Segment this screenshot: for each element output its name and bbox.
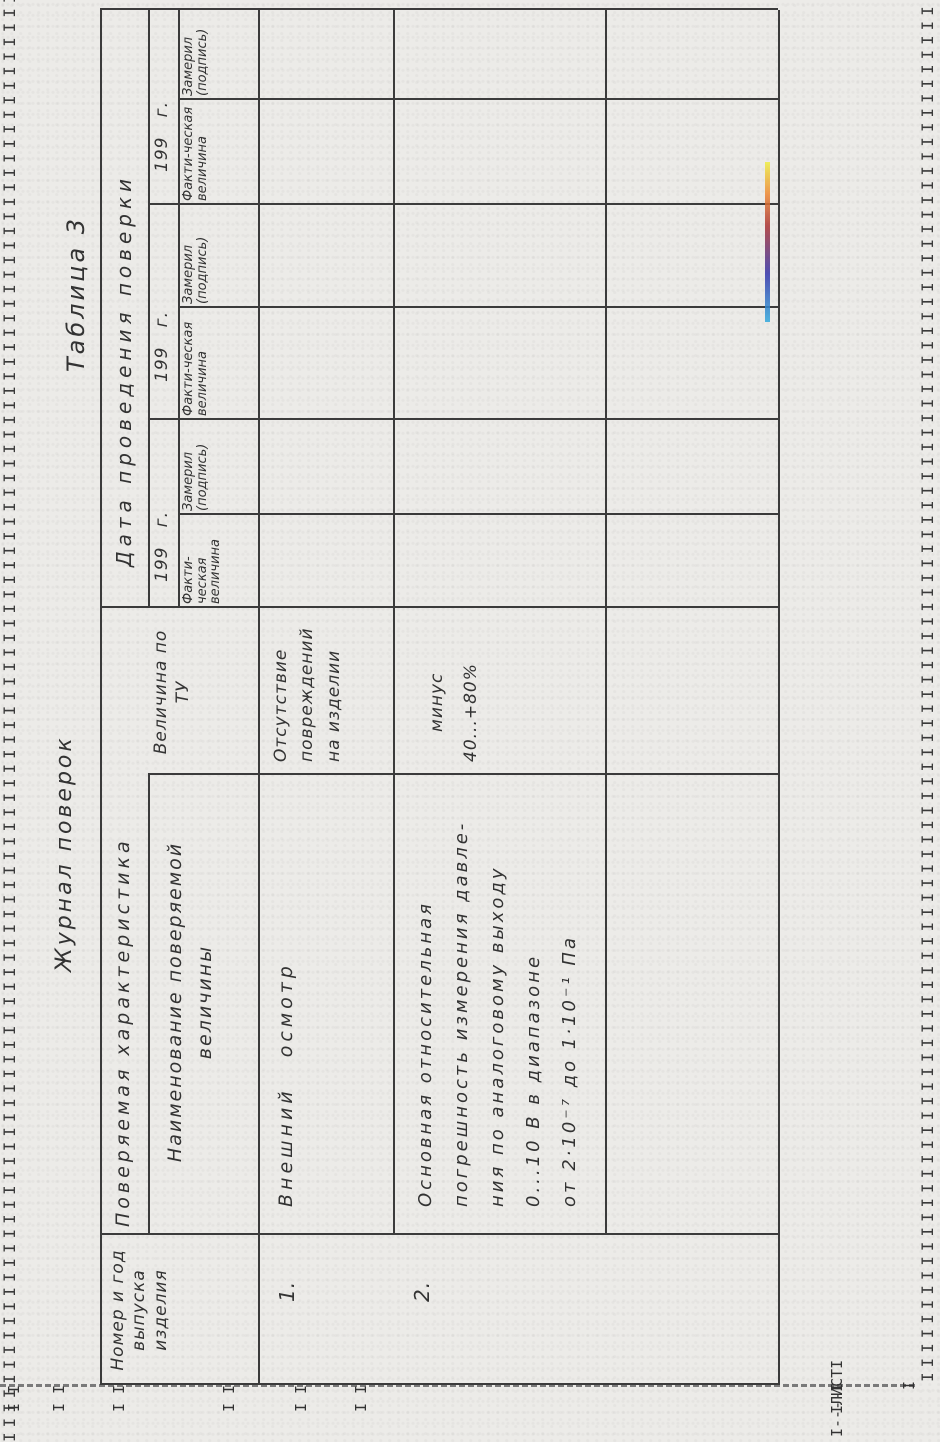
header-number-text: Номер и год выпуска изделия [108, 1249, 171, 1370]
row-2-name-line-2: погрешность измерения давле- [444, 777, 480, 1207]
date-group-line [148, 10, 150, 608]
header-bottom-line [258, 10, 260, 1385]
date-2-actual: Факти-ческая величина [182, 312, 209, 416]
header-tu: Величина по ТУ [150, 622, 194, 762]
top-margin-marks: IIIIIIIIIIIIIIIIIIIIIIIIIIIIIIIIIIIIIIII… [0, 0, 20, 1442]
date-3-split [178, 98, 778, 100]
table-bottom-border [778, 10, 780, 1385]
date-2-measured: Замерил (подпись) [182, 208, 209, 304]
date-3-measured: Замерил (подпись) [182, 12, 209, 96]
date-1-actual: Факти-ческая величина [182, 518, 223, 604]
footer-block [0, 1387, 940, 1442]
col-line-tu [100, 606, 778, 608]
footer-tick-6: I I [352, 1385, 370, 1412]
row-2-number: 2. [410, 1281, 435, 1302]
row-2-name-line-5: от 2·10⁻⁷ до 1·10⁻¹ Па [552, 777, 588, 1207]
date-3-year: 199 г. [152, 101, 173, 172]
row-1-number: 1. [275, 1281, 300, 1302]
row-2-tu-line-1: минус [420, 612, 454, 762]
row-2-name-line-1: Основная относительная [408, 777, 444, 1207]
document-page: IIIIIIIIIIIIIIIIIIIIIIIIIIIIIIIIIIIIIIII… [0, 0, 940, 1442]
row-2-name-line-3: ния по аналоговому выходу [480, 777, 516, 1207]
document-code [495, 1416, 695, 1440]
date-1-year: 199 г. [152, 511, 173, 582]
sheet-box: I----I [828, 1383, 846, 1437]
row-2-name-line-4: 0...10 В в диапазоне [516, 777, 552, 1207]
footer-tick-4: I I [220, 1385, 238, 1412]
scan-artifact [765, 162, 770, 322]
table-label: Таблица 3 [62, 216, 90, 372]
header-date-group: Дата проведения поверки [112, 27, 137, 567]
header-name: Наименование поверяемой величины [160, 792, 221, 1212]
footer-tick-1: I I [5, 1385, 23, 1412]
date-3-actual: Факти-ческая величина [182, 103, 209, 201]
footer-tick-2: I I [50, 1385, 68, 1412]
header-number: Номер и год выпуска изделия [108, 1240, 172, 1380]
table-left-border [100, 1383, 778, 1385]
date-2-year: 199 г. [152, 311, 173, 382]
date-1-measured: Замерил (подпись) [182, 423, 209, 511]
row-2-tu-value: минус 40...+80% [420, 612, 488, 762]
document-title: Журнал поверок [52, 735, 77, 972]
row-1-name: Внешний осмотр [275, 962, 299, 1207]
date-col-1-end [148, 418, 778, 420]
row-2-tu-line-2: 40...+80% [454, 612, 488, 762]
bottom-margin-marks: IIIIIIIIIIIIIIIIIIIIIIIIIIIIIIIIIIIIIIII… [918, 0, 938, 1382]
row-2-bottom-line [605, 10, 607, 1235]
row-2-name: Основная относительная погрешность измер… [408, 777, 588, 1207]
col-line-number [100, 1233, 778, 1235]
row-1-tu-value: Отсутствие повреждений на изделии [268, 612, 347, 762]
row-1-bottom-line [393, 10, 395, 1235]
date-1-split [178, 513, 778, 515]
date-2-split [178, 306, 778, 308]
header-characteristic: Поверяемая характеристика [112, 627, 136, 1227]
characteristic-group-line [148, 775, 150, 1235]
footer-tick-3: I I [110, 1385, 128, 1412]
table-right-border [100, 8, 778, 10]
date-col-2-end [148, 203, 778, 205]
col-line-name [148, 773, 778, 775]
table-top-border [100, 10, 102, 1385]
footer-tick-5: I I [292, 1385, 310, 1412]
